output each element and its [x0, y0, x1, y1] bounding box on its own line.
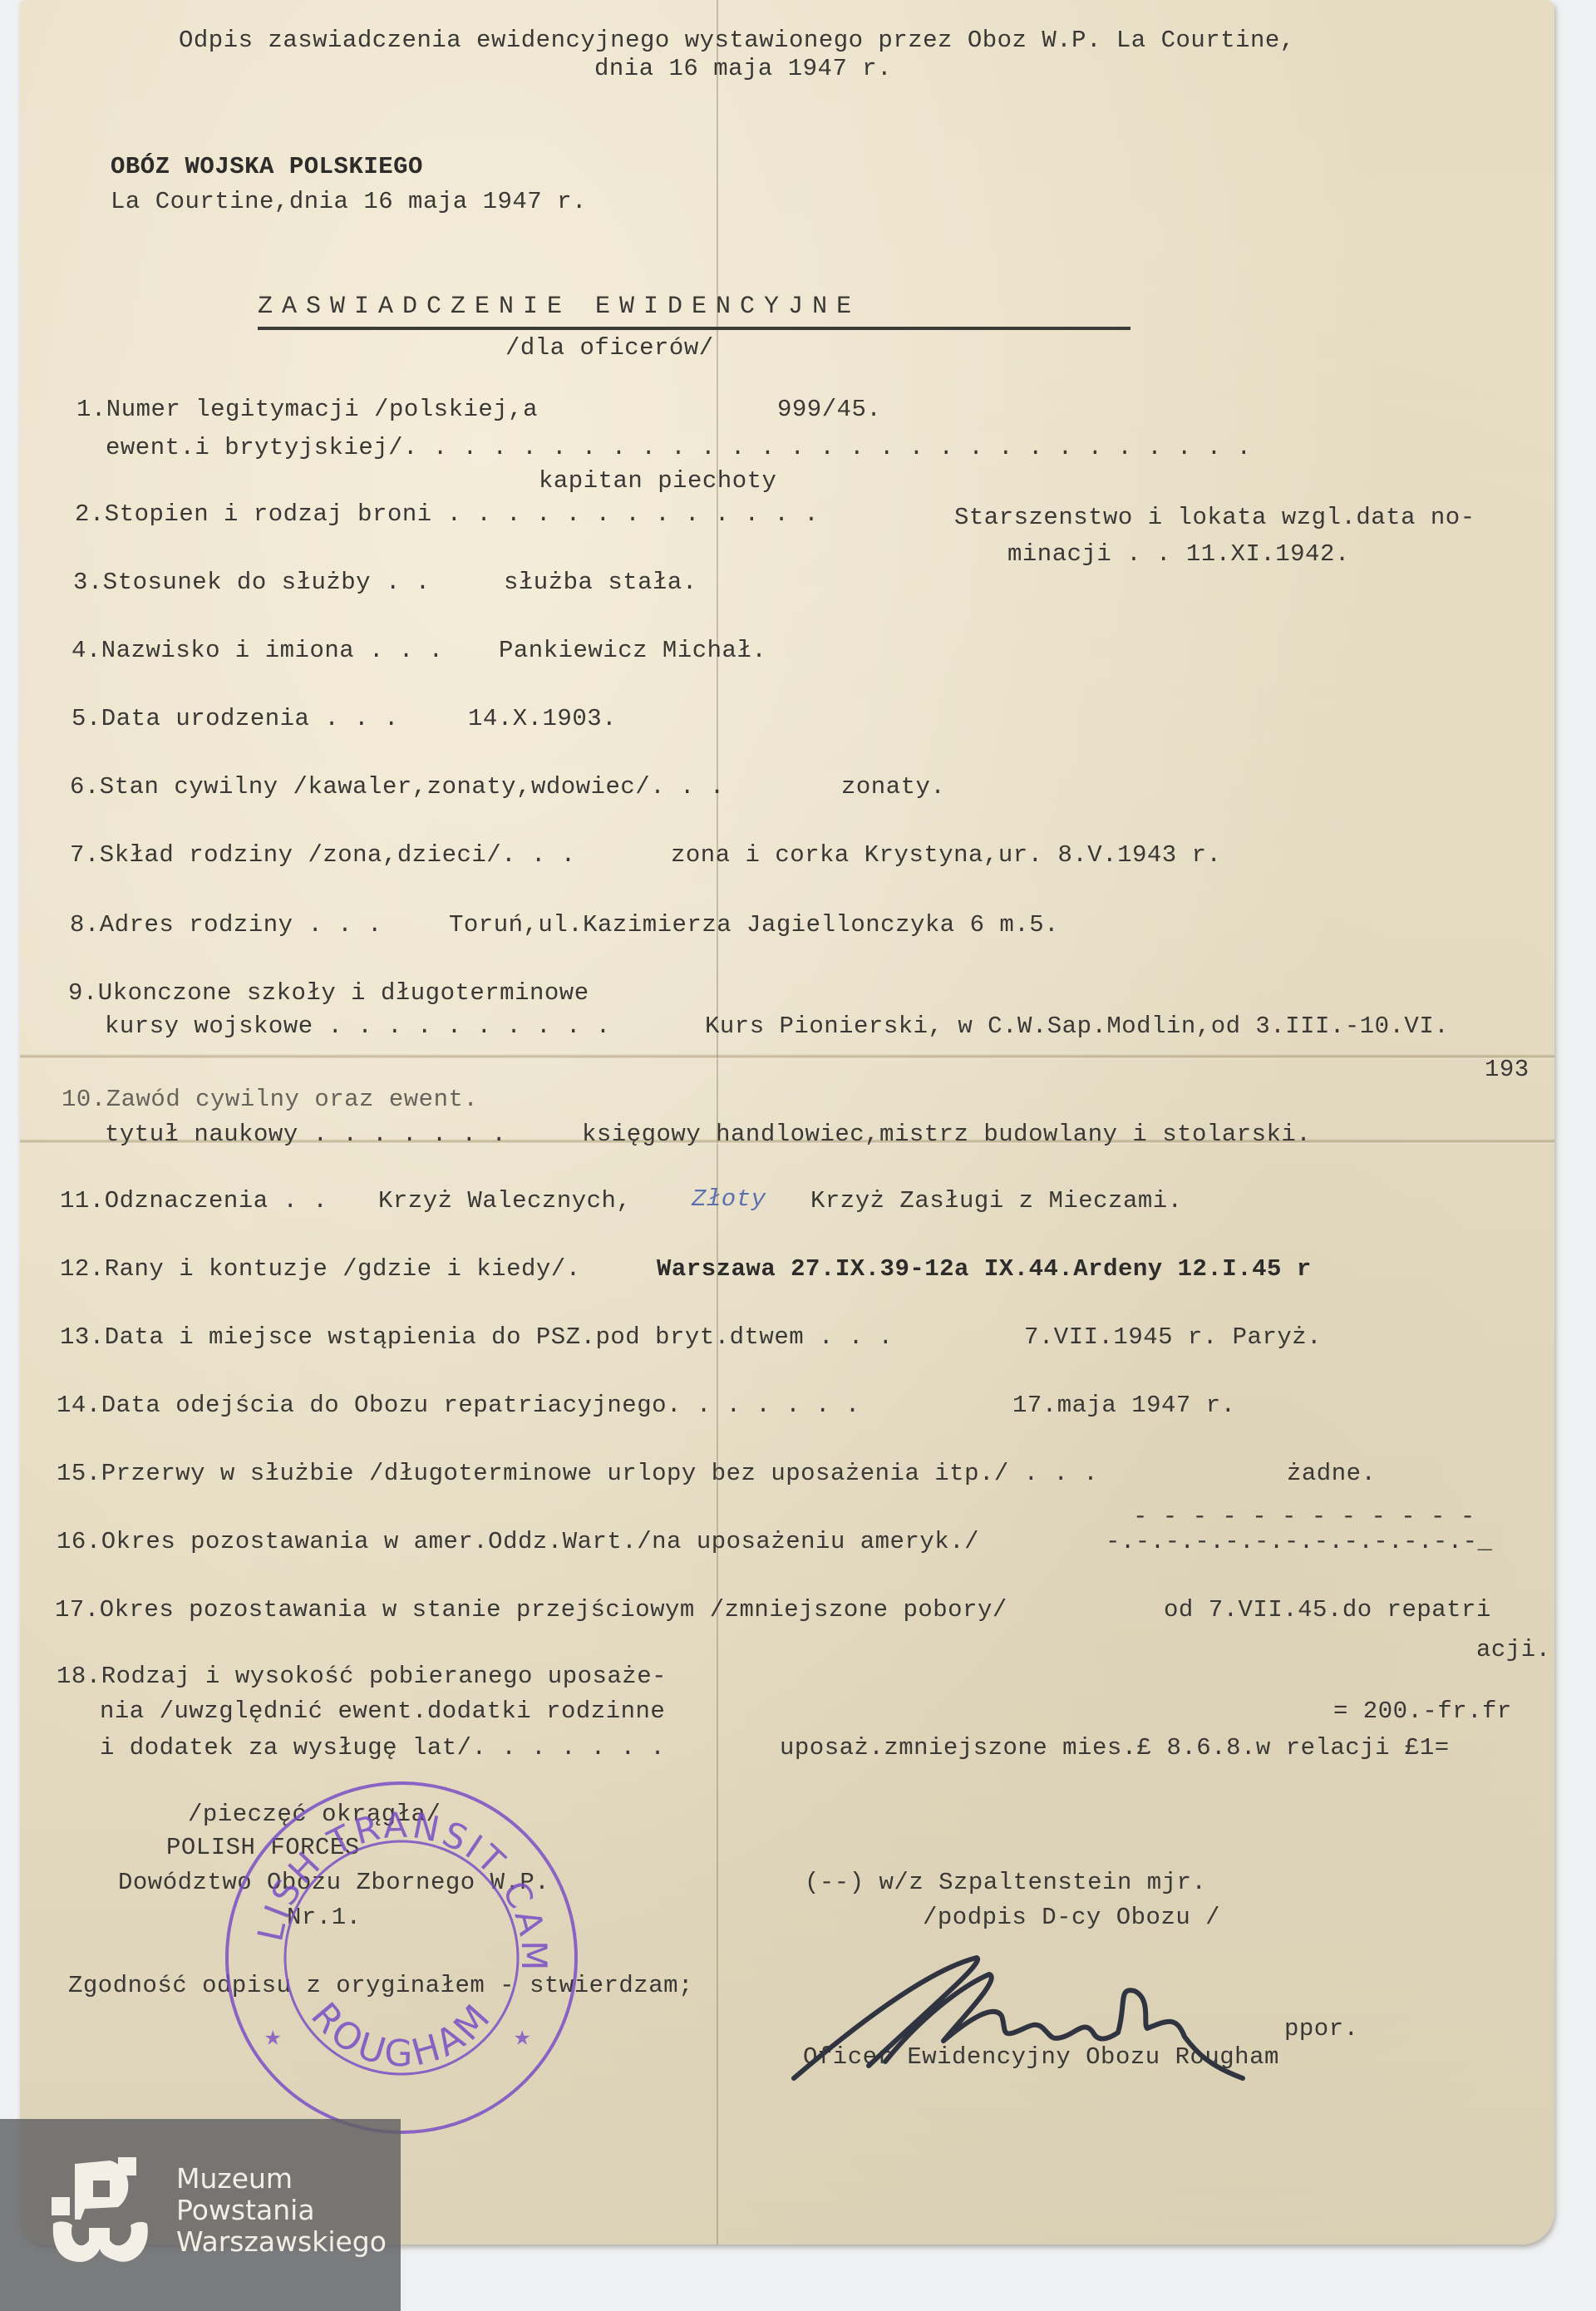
- item-11-value2: Krzyż Zasługi z Mieczami.: [810, 1189, 1183, 1213]
- item-10-label-line1: 10.Zawód cywilny oraz ewent.: [62, 1087, 478, 1111]
- item-13-label: 13.Data i miejsce wstąpienia do PSZ.pod …: [60, 1325, 894, 1349]
- item-15-label: 15.Przerwy w służbie /długoterminowe url…: [57, 1461, 1098, 1486]
- document-subtitle: /dla oficerów/: [505, 336, 714, 360]
- item-18-label-line3: i dodatek za wysługę lat/. . . . . . .: [100, 1736, 665, 1760]
- watermark-line-3: Warszawskiego: [176, 2228, 387, 2255]
- item-2-value: kapitan piechoty: [539, 469, 776, 493]
- item-15-value: żadne.: [1287, 1461, 1376, 1486]
- item-7-label: 7.Skład rodziny /zona,dzieci/. . .: [70, 843, 576, 867]
- stamp-star-right-icon: ★: [514, 2023, 530, 2054]
- stamp-top-text: POLISH TRANSIT CAMP: [223, 1779, 554, 1974]
- item-9-label-line1: 9.Ukonczone szkoły i długoterminowe: [68, 981, 589, 1005]
- item-11-value: Krzyż Walecznych,: [378, 1189, 631, 1213]
- item-7-value: zona i corka Krystyna,ur. 8.V.1943 r.: [671, 843, 1221, 867]
- item-13-value: 7.VII.1945 r. Paryż.: [1024, 1325, 1322, 1349]
- item-2-extra-line2: minacji . . 11.XI.1942.: [1007, 542, 1350, 566]
- watermark-line-1: Muzeum: [176, 2165, 293, 2192]
- item-14-value: 17.maja 1947 r.: [1012, 1393, 1236, 1417]
- header-line-1: Odpis zaswiadczenia ewidencyjnego wystaw…: [179, 28, 1295, 52]
- item-11-handwritten: Złoty: [692, 1187, 766, 1211]
- item-5-value: 14.X.1903.: [468, 707, 617, 731]
- item-5-label: 5.Data urodzenia . . .: [71, 707, 399, 731]
- title-underline: [258, 327, 1130, 330]
- item-3-label: 3.Stosunek do służby . .: [73, 570, 431, 594]
- item-6-value: zonaty.: [841, 775, 945, 799]
- item-6-label: 6.Stan cywilny /kawaler,zonaty,wdowiec/.…: [70, 775, 725, 799]
- item-1-label-line1: 1.Numer legitymacji /polskiej,a: [76, 397, 538, 421]
- stamp-bottom-text: ROUGHAM: [303, 1994, 500, 2075]
- header-line-2: dnia 16 maja 1947 r.: [594, 57, 892, 81]
- item-10-label-line2: tytuł naukowy . . . . . . .: [105, 1122, 506, 1146]
- item-12-value: Warszawa 27.IX.39-12a IX.44.Ardeny 12.I.…: [657, 1257, 1312, 1281]
- item-12-label: 12.Rany i kontuzje /gdzie i kiedy/.: [60, 1257, 581, 1281]
- item-18-value-line3: uposaż.zmniejszone mies.£ 8.6.8.w relacj…: [780, 1736, 1450, 1760]
- watermark-line-2: Powstania: [176, 2196, 315, 2224]
- round-stamp: POLISH TRANSIT CAMP ROUGHAM ★ ★: [223, 1779, 580, 2136]
- item-18-label-line2: nia /uwzględnić ewent.dodatki rodzinne: [100, 1699, 665, 1723]
- item-16-dashes: - - - - - - - - - - - -: [1133, 1505, 1475, 1529]
- museum-logo-icon: [52, 2157, 155, 2265]
- handwritten-signature: [777, 1954, 1284, 2087]
- item-10-value: księgowy handlowiec,mistrz budowlany i s…: [582, 1122, 1311, 1146]
- item-2-extra-line1: Starszenstwo i lokata wzgl.data no-: [954, 505, 1475, 530]
- item-18-label-line1: 18.Rodzaj i wysokość pobieranego uposaże…: [57, 1664, 667, 1688]
- item-9-label-line2: kursy wojskowe . . . . . . . . . .: [105, 1014, 611, 1038]
- horizontal-tear: [20, 1054, 1554, 1059]
- item-8-label: 8.Adres rodziny . . .: [70, 913, 382, 937]
- item-8-value: Toruń,ul.Kazimierza Jagiellonczyka 6 m.5…: [449, 913, 1059, 937]
- item-11-label: 11.Odznaczenia . .: [60, 1189, 328, 1213]
- item-18-value-line2: = 200.-fr.fr: [1333, 1699, 1512, 1723]
- signed-role: /podpis D-cy Obozu /: [923, 1905, 1220, 1929]
- item-9-value-cont: 193: [1485, 1057, 1529, 1082]
- item-16-value: -.-.-.-.-.-.-.-.-.-.-.-.-_: [1106, 1530, 1492, 1554]
- item-1-value: 999/45.: [777, 397, 881, 421]
- item-16-label: 16.Okres pozostawania w amer.Oddz.Wart./…: [57, 1530, 979, 1554]
- document-title: ZASWIADCZENIE EWIDENCYJNE: [258, 293, 860, 321]
- item-4-label: 4.Nazwisko i imiona . . .: [71, 638, 444, 663]
- officer-rank: ppor.: [1284, 2017, 1359, 2041]
- item-2-label: 2.Stopien i rodzaj broni . . . . . . . .…: [75, 502, 819, 526]
- item-1-label-line2: ewent.i brytyjskiej/. . . . . . . . . . …: [106, 436, 1252, 460]
- org-name: OBÓZ WOJSKA POLSKIEGO: [111, 155, 423, 179]
- stamp-star-left-icon: ★: [264, 2023, 281, 2054]
- item-9-value: Kurs Pionierski, w C.W.Sap.Modlin,od 3.I…: [705, 1014, 1449, 1038]
- place-date: La Courtine,dnia 16 maja 1947 r.: [111, 190, 587, 214]
- item-17-value: od 7.VII.45.do repatri: [1164, 1598, 1491, 1622]
- item-14-label: 14.Data odejścia do Obozu repatriacyjneg…: [57, 1393, 860, 1417]
- item-17-label: 17.Okres pozostawania w stanie przejścio…: [55, 1598, 1007, 1622]
- item-3-value: służba stała.: [504, 570, 697, 594]
- item-4-value: Pankiewicz Michał.: [499, 638, 766, 663]
- signed-by: (--) w/z Szpaltenstein mjr.: [805, 1870, 1206, 1895]
- item-17-value-cont: acji.: [1476, 1638, 1551, 1662]
